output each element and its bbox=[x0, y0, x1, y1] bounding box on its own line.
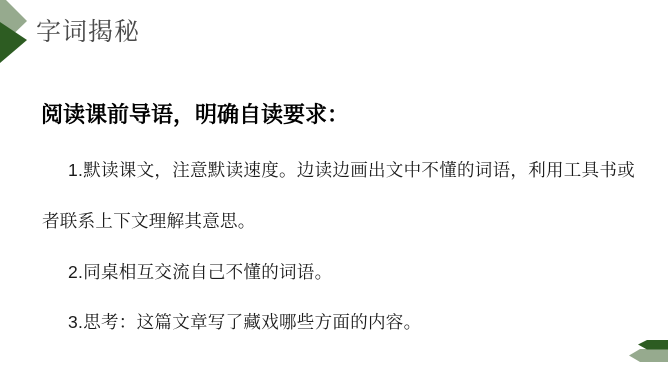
content-line-1-continuation: 者联系上下文理解其意思。 bbox=[42, 211, 256, 231]
content-line-2: 2.同桌相互交流自己不懂的词语。 bbox=[68, 262, 332, 282]
content-heading: 阅读课前导语，明确自读要求： bbox=[41, 102, 349, 127]
corner-decoration-bottom-right bbox=[628, 332, 668, 372]
content-line-1: 1.默读课文，注意默读速度。边读边画出文中不懂的词语，利用工具书或 bbox=[68, 160, 635, 180]
slide-title: 字词揭秘 bbox=[36, 19, 140, 47]
light-arrow-shape bbox=[629, 349, 668, 362]
corner-decoration-top-left bbox=[0, 0, 30, 66]
content-line-3: 3.思考：这篇文章写了藏戏哪些方面的内容。 bbox=[68, 312, 421, 332]
dark-arrow-shape bbox=[638, 340, 668, 350]
presentation-slide: 字词揭秘 阅读课前导语，明确自读要求： 1.默读课文，注意默读速度。边读边画出文… bbox=[0, 0, 668, 376]
